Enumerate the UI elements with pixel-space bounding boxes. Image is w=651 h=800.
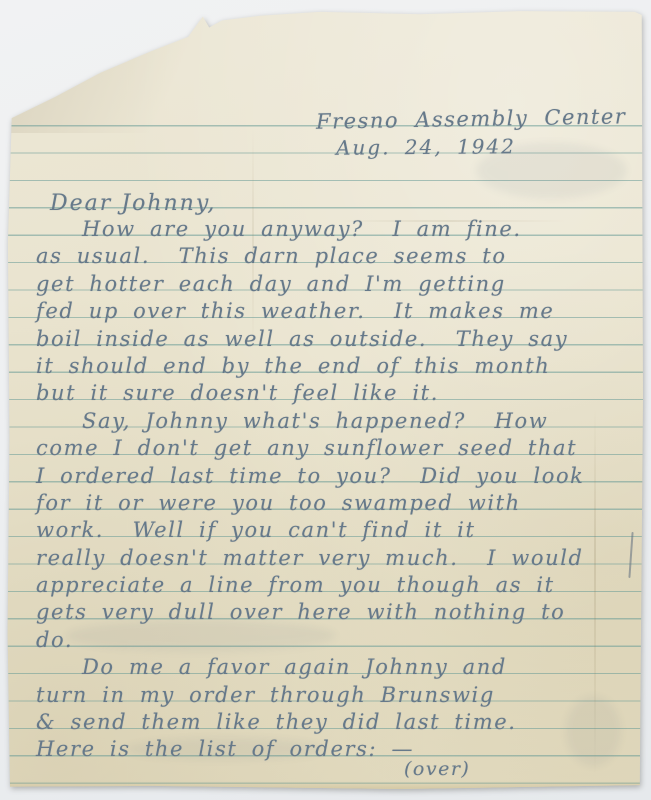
letter-body: How are you anyway? I am fine.as usual. … [36,216,636,764]
handwritten-line: I ordered last time to you? Did you look [36,463,636,490]
handwritten-line: & send them like they did last time. [36,709,636,736]
handwritten-line: but it sure doesn't feel like it. [36,380,636,407]
handwritten-line: Do me a favor again Johnny and [36,654,636,681]
photo-background: Fresno Assembly Center Aug. 24, 1942 Dea… [0,0,651,800]
letter-date: Aug. 24, 1942 [336,134,516,160]
handwritten-line: for it or were you too swamped with [36,490,636,517]
handwritten-line: get hotter each day and I'm getting [36,271,636,298]
handwritten-line: Here is the list of orders: — [36,736,636,763]
handwritten-line: really doesn't matter very much. I would [36,545,636,572]
handwritten-line: work. Well if you can't find it it [36,517,636,544]
letter-salutation: Dear Johnny, [50,191,216,216]
handwritten-line: How are you anyway? I am fine. [36,216,636,243]
letter-location: Fresno Assembly Center [316,104,627,133]
handwritten-line: turn in my order through Brunswig [36,682,636,709]
handwritten-line: fed up over this weather. It makes me [36,298,636,325]
handwritten-line: boil inside as well as outside. They say [36,326,636,353]
handwritten-line: do. [36,627,636,654]
torn-edge-shading [6,8,261,133]
letter-paper-wrapper: Fresno Assembly Center Aug. 24, 1942 Dea… [0,0,651,800]
letter-paper: Fresno Assembly Center Aug. 24, 1942 Dea… [6,8,643,789]
handwritten-line: as usual. This darn place seems to [36,243,636,270]
handwritten-line: gets very dull over here with nothing to [36,599,636,626]
handwritten-line: appreciate a line from you though as it [36,572,636,599]
handwritten-line: Say, Johnny what's happened? How [36,408,636,435]
handwritten-line: come I don't get any sunflower seed that [36,435,636,462]
paper-bottom-edge [8,781,641,789]
page-over-note: (over) [404,758,470,780]
handwritten-line: it should end by the end of this month [36,353,636,380]
